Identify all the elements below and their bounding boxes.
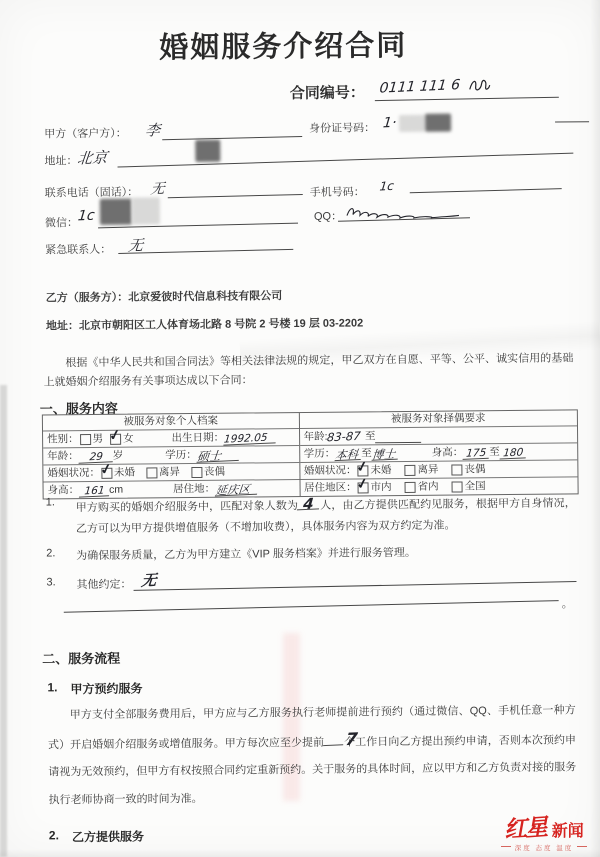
red-star-news-watermark: 红星 新闻 深度 态度 温度 xyxy=(494,810,594,852)
party-b-label: 乙方（服务方）： xyxy=(46,292,129,305)
req-edu-label: 学历： xyxy=(304,446,336,461)
req-marital-label: 婚姻状况： xyxy=(304,463,357,479)
item3-label: 其他约定： xyxy=(76,576,131,593)
contract-no-label: 合同编号： xyxy=(290,81,365,103)
party-b-company-name: 北京爱彼时代信息科技有限公司 xyxy=(128,290,282,303)
item1-paragraph: 甲方购买的婚姻介绍服务中，匹配对象人数为4人，由乙方提供匹配约见服务，根据甲方自… xyxy=(76,491,576,540)
req-age-value: 83-87 xyxy=(327,428,362,444)
section2-title: 二、服务流程 xyxy=(42,648,120,668)
checkbox-province xyxy=(405,481,416,492)
contract-photo: 婚姻服务介绍合同 合同编号： 0111 111 6 甲方（客户方）： 李 身份证… xyxy=(0,0,600,857)
item3-number: 3. xyxy=(46,576,55,588)
checkbox-national xyxy=(452,481,463,492)
marital-label: 婚姻状况： xyxy=(47,465,100,481)
party-a-id-label: 身份证号码： xyxy=(309,119,375,136)
female-label: 女 xyxy=(123,431,134,446)
party-a-mobile-value: 1c xyxy=(379,179,395,194)
divorced-label: 离异 xyxy=(159,465,180,480)
party-a-mobile-label: 手机号码： xyxy=(310,183,365,200)
edu-label: 学历： xyxy=(165,447,197,462)
watermark-brand-script: 红星 xyxy=(503,809,547,845)
checkbox-divorced-left xyxy=(146,467,157,478)
item3-period: 。 xyxy=(562,595,573,611)
section2-sub2-number: 2. xyxy=(49,828,59,842)
section2-sub1-number: 1. xyxy=(47,680,57,694)
age-label: 年龄： xyxy=(47,449,79,464)
item2-number: 2. xyxy=(46,547,55,559)
item1-text-a: 甲方购买的婚姻介绍服务中，匹配对象人数为 xyxy=(76,500,298,514)
item1-number: 1. xyxy=(46,496,55,508)
male-label: 男 xyxy=(93,431,104,446)
checkbox-male xyxy=(80,434,91,445)
req-unmarried-label: 未婚 xyxy=(370,463,391,478)
req-age-blank xyxy=(375,429,421,442)
section2-sub1-title: 甲方预约服务 xyxy=(70,680,142,698)
wechat-censor-light xyxy=(132,197,160,224)
party-a-name-underline xyxy=(162,136,302,140)
item1-hw-count: 4 xyxy=(297,493,321,510)
dob-label: 出生日期： xyxy=(172,430,225,446)
party-b-address-value: 北京市朝阳区工人体育场北路 8 号院 2 号楼 19 层 03-2202 xyxy=(79,317,363,332)
checkbox-unmarried-left xyxy=(101,467,112,478)
checkbox-widowed-left xyxy=(191,466,202,477)
party-a-id-value: 1· xyxy=(382,115,397,132)
req-age-label: 年龄: xyxy=(304,429,328,444)
id-censor-dark xyxy=(425,114,451,132)
item3-underline-2 xyxy=(64,600,559,613)
party-b-address-label: 地址： xyxy=(46,320,79,332)
mobile-underline xyxy=(410,188,562,193)
req-divorced-label: 离异 xyxy=(417,462,438,477)
table-left-column: 被服务对象个人档案 性别： 男 女 出生日期： 1992.05 年龄： 29 岁 xyxy=(43,413,300,498)
section2-hw-days: 7 xyxy=(323,727,345,746)
item3-underline-1 xyxy=(134,581,577,591)
party-b-address-line: 地址：北京市朝阳区工人体育场北路 8 号院 2 号楼 19 层 03-2202 xyxy=(46,314,363,333)
section2-paragraph: 甲方支付全部服务费用后，甲方应与乙方服务执行老师提前进行预约（通过微信、QQ、手… xyxy=(48,697,577,814)
party-a-wechat-value: 1c xyxy=(77,208,95,225)
contract-no-value: 0111 111 6 xyxy=(379,77,461,97)
emergency-underline xyxy=(118,249,293,254)
widowed-label: 丧偶 xyxy=(204,464,225,479)
req-height-to: 180 xyxy=(499,445,526,459)
item2-paragraph: 为确保服务质量，乙方为甲方建立《VIP 服务档案》并进行服务管理。 xyxy=(76,542,576,563)
table-right-column: 被服务对象择偶要求 年龄: 83-87 至 学历： 本科 至 博士 身高： 17… xyxy=(299,410,577,496)
req-height-from: 175 xyxy=(463,445,490,459)
party-a-address-label: 地址： xyxy=(44,152,77,168)
party-a-address-value: 北京 xyxy=(76,146,108,168)
contract-no-underline xyxy=(375,97,559,101)
address-underline xyxy=(118,153,574,168)
contract-document: 婚姻服务介绍合同 合同编号： 0111 111 6 甲方（客户方）： 李 身份证… xyxy=(0,0,600,857)
document-title: 婚姻服务介绍合同 xyxy=(159,23,407,66)
req-age-to: 至 xyxy=(365,429,376,444)
party-a-wechat-label: 微信： xyxy=(45,214,78,230)
address-censor-dark xyxy=(195,140,220,162)
service-table: 被服务对象个人档案 性别： 男 女 出生日期： 1992.05 年龄： 29 岁 xyxy=(42,409,579,499)
gender-label: 性别： xyxy=(47,432,79,447)
watermark-brand-text: 新闻 xyxy=(552,818,584,841)
id-underline-tail xyxy=(555,121,589,122)
checkbox-female xyxy=(110,433,121,444)
section2-sub2-title: 乙方提供服务 xyxy=(72,828,144,846)
preamble-paragraph: 根据《中华人民共和国合同法》等相关法律法规的规定，甲乙双方在自愿、平等、公平、诚… xyxy=(43,349,573,392)
party-b-line: 乙方（服务方）：北京爱彼时代信息科技有限公司 xyxy=(46,287,283,305)
req-widowed-label: 丧偶 xyxy=(464,462,485,477)
id-censor-light xyxy=(399,115,425,132)
req-edu-to: 博士 xyxy=(371,446,398,460)
tagline-dash-right xyxy=(577,846,587,847)
photo-edge-bottom xyxy=(0,849,600,857)
item3-hw-value: 无 xyxy=(140,569,157,591)
party-a-landline-value: 无 xyxy=(150,178,166,199)
contract-no-scribble xyxy=(467,76,491,94)
checkbox-widowed-right xyxy=(451,464,462,475)
unmarried-label: 未婚 xyxy=(114,465,135,480)
party-a-emergency-label: 紧急联系人： xyxy=(45,241,111,258)
edu-value: 硕士 xyxy=(196,447,239,462)
photo-edge-right xyxy=(590,0,600,857)
req-height-to-word: 至 xyxy=(489,445,500,460)
age-unit: 岁 xyxy=(113,448,124,463)
party-a-name-label: 甲方（客户方）： xyxy=(44,125,127,142)
tagline-dash-left xyxy=(501,846,511,847)
req-height-label: 身高： xyxy=(432,445,464,460)
wechat-censor-dark xyxy=(100,199,132,225)
landline-underline xyxy=(168,194,303,198)
party-a-name-value: 李 xyxy=(144,119,161,141)
checkbox-divorced-right xyxy=(404,464,415,475)
photo-edge-left xyxy=(0,385,7,857)
dob-value: 1992.05 xyxy=(223,430,276,445)
checkbox-city xyxy=(358,482,369,493)
